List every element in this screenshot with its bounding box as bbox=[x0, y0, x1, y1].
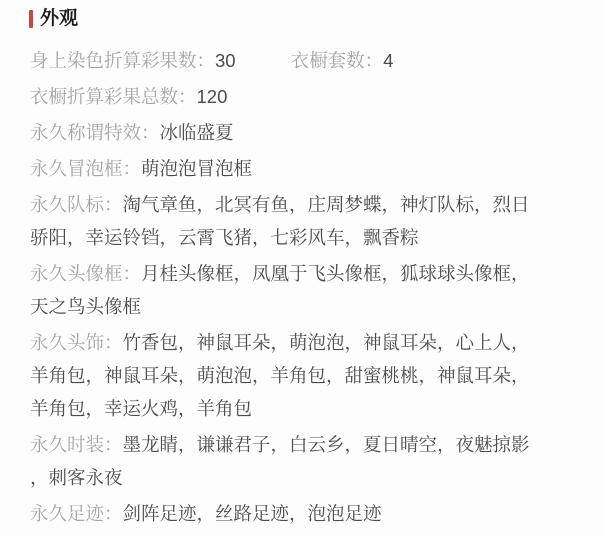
section-title: 外观 bbox=[40, 7, 78, 31]
field-row-team-emblem: 永久队标：淘气章鱼，北冥有鱼，庄周梦蝶，神灯队标，烈日骄阳，幸运铃铛，云霄飞猪，… bbox=[30, 188, 537, 254]
accent-bar-icon bbox=[29, 10, 33, 28]
field-label-headwear: 永久头饰： bbox=[30, 332, 123, 353]
field-label-fashion: 永久时装： bbox=[30, 434, 123, 455]
field-label-dye-count: 身上染色折算彩果数： bbox=[30, 50, 215, 71]
field-value-wardrobe-sets: 4 bbox=[383, 50, 393, 71]
field-value-title-effect: 冰临盛夏 bbox=[160, 122, 234, 143]
field-label-title-effect: 永久称谓特效： bbox=[30, 122, 160, 143]
field-value-footprints: 剑阵足迹，丝路足迹，泡泡足迹 bbox=[123, 503, 382, 524]
appearance-panel: 外观 身上染色折算彩果数：30衣橱套数：4 衣橱折算彩果总数：120 永久称谓特… bbox=[0, 0, 603, 535]
field-dye-count: 身上染色折算彩果数：30 bbox=[30, 50, 236, 71]
field-label-team-emblem: 永久队标： bbox=[30, 194, 123, 215]
field-value-bubble-frame: 萌泡泡冒泡框 bbox=[141, 158, 252, 179]
field-value-dye-count: 30 bbox=[215, 50, 236, 71]
field-row-counts: 身上染色折算彩果数：30衣橱套数：4 bbox=[30, 44, 537, 77]
field-label-bubble-frame: 永久冒泡框： bbox=[30, 158, 141, 179]
field-label-wardrobe-sets: 衣橱套数： bbox=[291, 50, 384, 71]
field-value-wardrobe-total: 120 bbox=[197, 86, 228, 107]
field-row-avatar-frame: 永久头像框：月桂头像框，凤凰于飞头像框，狐球球头像框，天之鸟头像框 bbox=[30, 257, 537, 323]
field-row-fashion: 永久时装：墨龙睛，谦谦君子，白云乡，夏日晴空，夜魅掠影，刺客永夜 bbox=[30, 428, 537, 494]
field-label-footprints: 永久足迹： bbox=[30, 503, 123, 524]
field-row-wardrobe-total: 衣橱折算彩果总数：120 bbox=[30, 80, 537, 113]
field-row-headwear: 永久头饰：竹香包，神鼠耳朵，萌泡泡，神鼠耳朵，心上人，羊角包，神鼠耳朵，萌泡泡，… bbox=[30, 326, 537, 425]
field-row-title-effect: 永久称谓特效：冰临盛夏 bbox=[30, 116, 537, 149]
field-row-bubble-frame: 永久冒泡框：萌泡泡冒泡框 bbox=[30, 152, 537, 185]
field-row-footprints: 永久足迹：剑阵足迹，丝路足迹，泡泡足迹 bbox=[30, 497, 537, 530]
field-wardrobe-sets: 衣橱套数：4 bbox=[291, 50, 394, 71]
section-header: 外观 bbox=[29, 7, 537, 31]
field-label-wardrobe-total: 衣橱折算彩果总数： bbox=[30, 86, 197, 107]
field-label-avatar-frame: 永久头像框： bbox=[30, 263, 141, 284]
